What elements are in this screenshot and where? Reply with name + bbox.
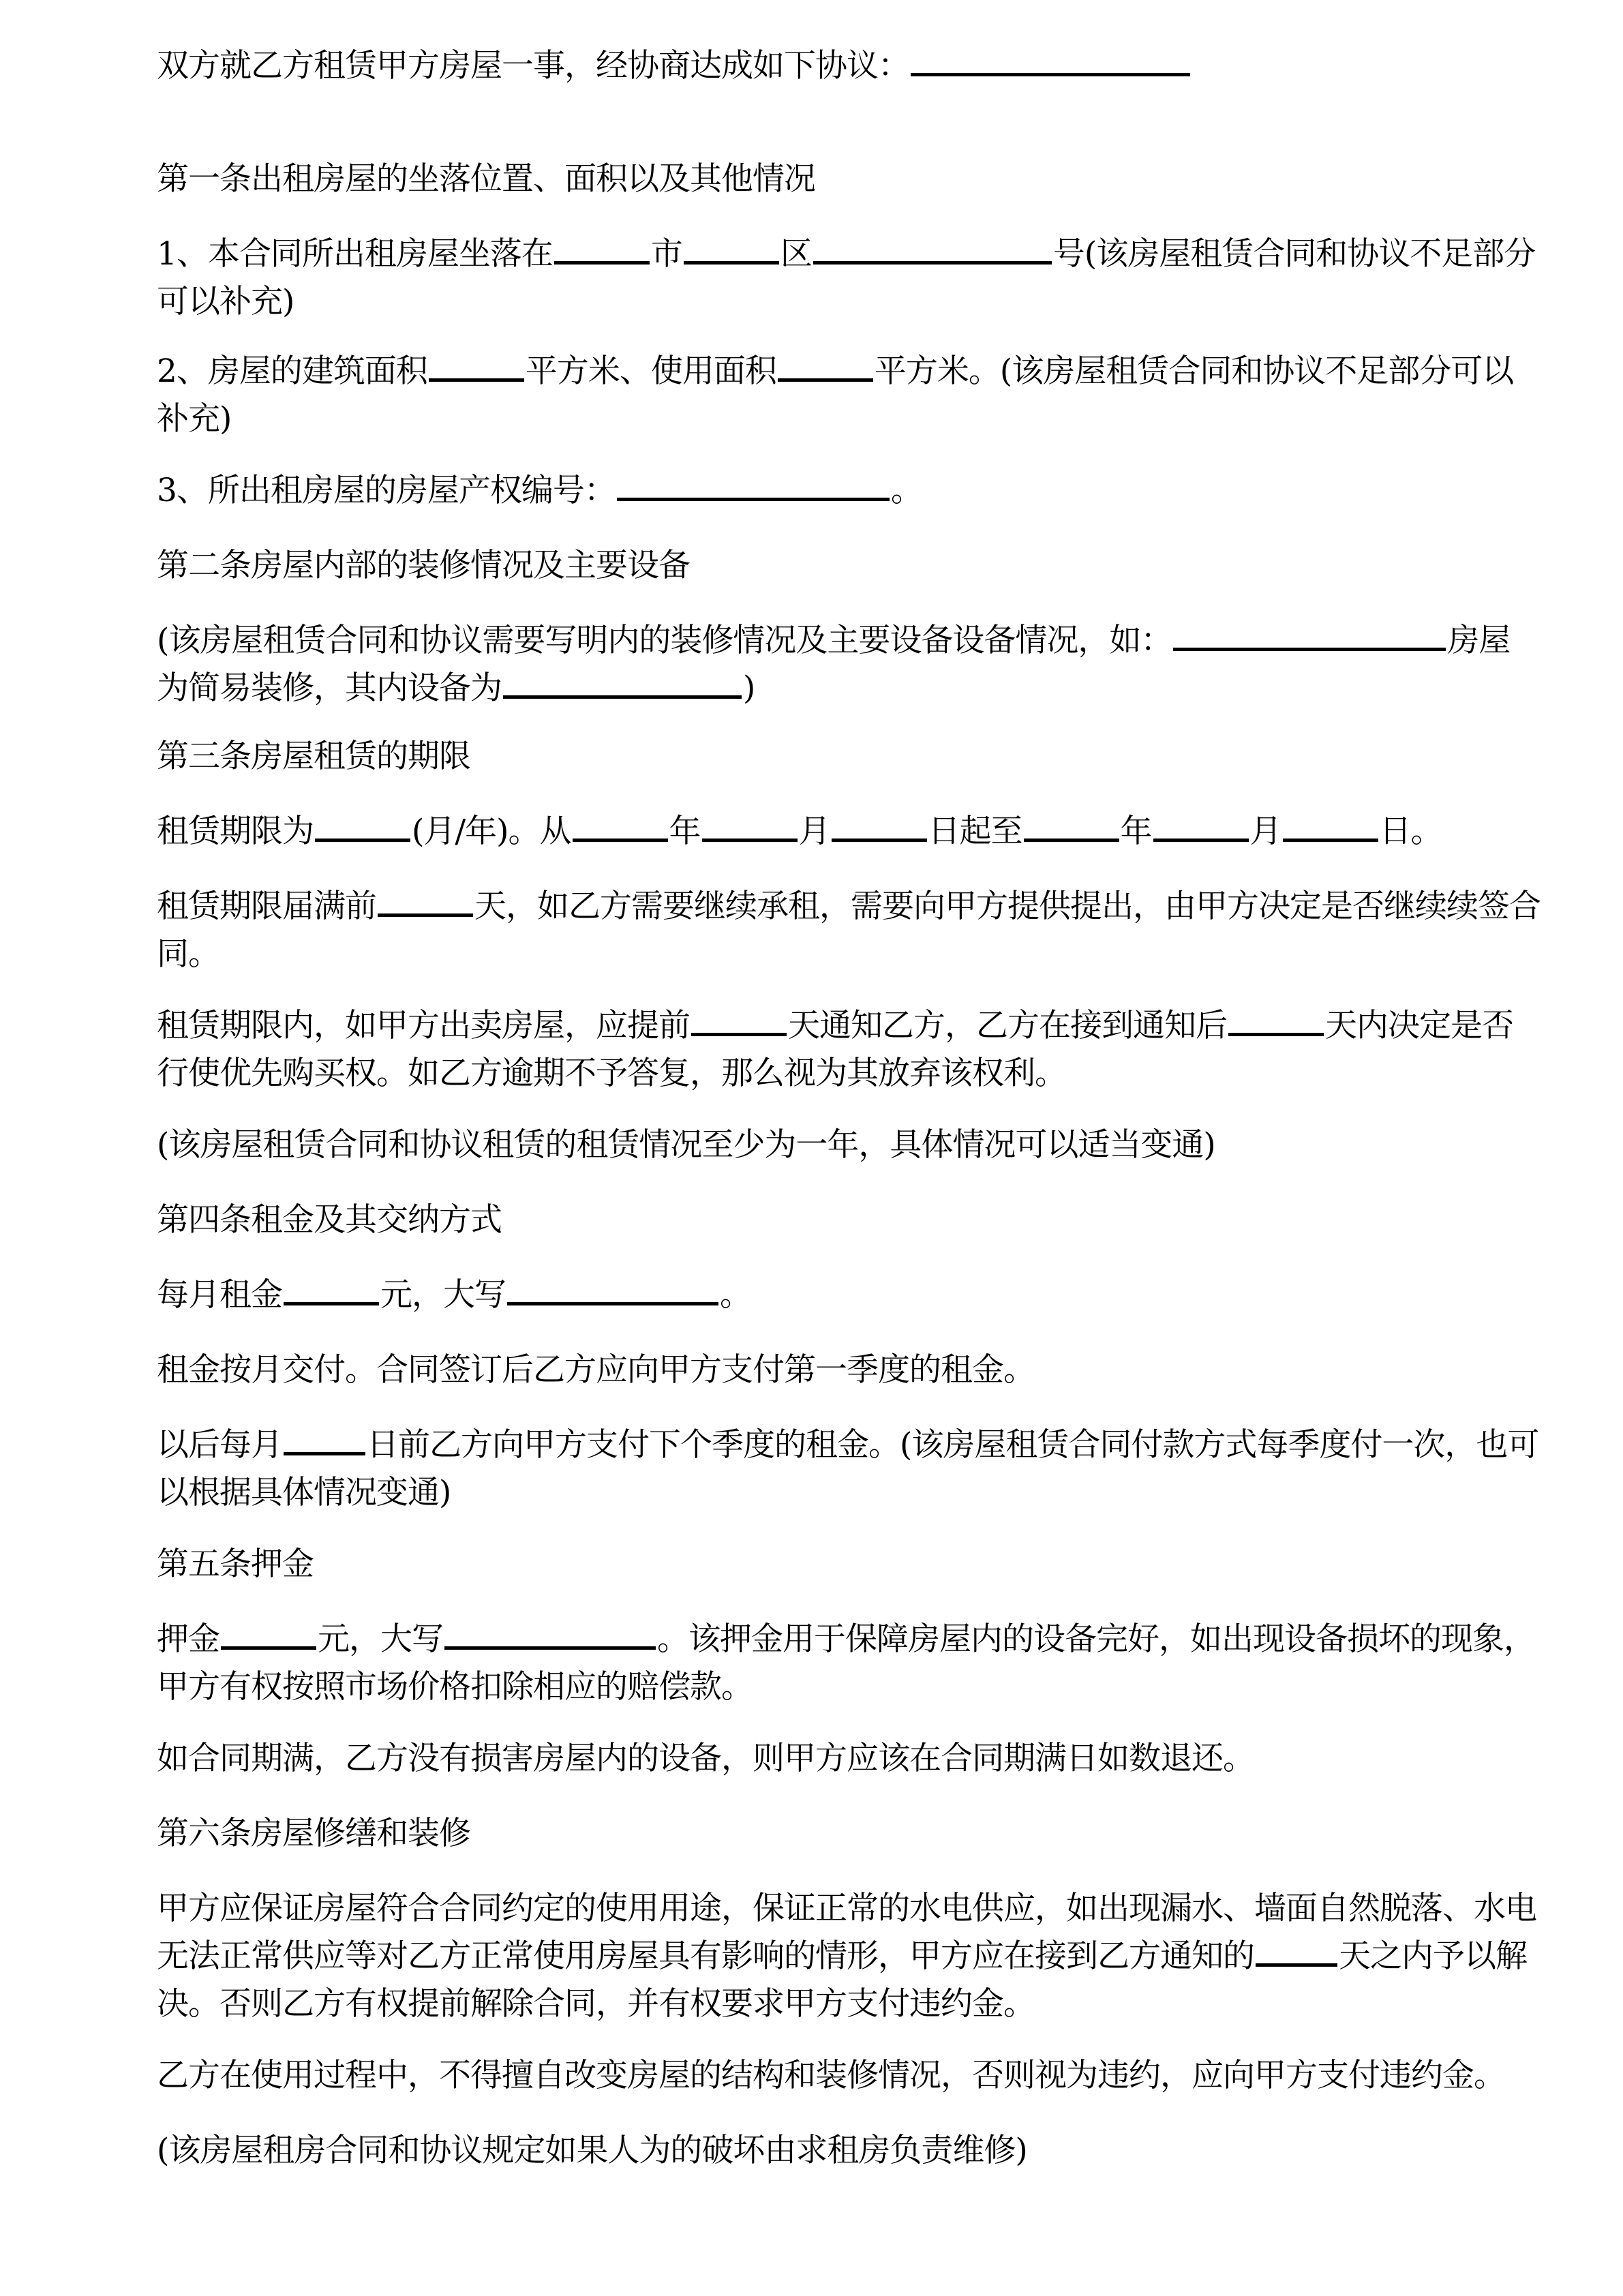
paragraph-text: 每月租金 — [157, 1276, 282, 1314]
fill-in-blank — [813, 231, 1052, 265]
contract-paragraph: 甲方应保证房屋符合合同约定的使用用途，保证正常的水电供应，如出现漏水、墙面自然脱… — [157, 1885, 1541, 2028]
fill-in-blank — [1256, 1933, 1337, 1967]
paragraph-text: 月 — [799, 813, 830, 850]
fill-in-blank — [1173, 618, 1446, 651]
fill-in-blank — [378, 883, 473, 917]
contract-paragraph: 3、所出租房屋的房屋产权编号：。 — [157, 467, 1541, 515]
paragraph-text: 平方米、使用面积 — [526, 352, 776, 390]
paragraph-text: 第三条房屋租赁的期限 — [157, 738, 470, 775]
paragraph-text: 年 — [669, 813, 701, 850]
fill-in-blank — [832, 809, 927, 842]
contract-paragraph: 如合同期满，乙方没有损害房屋内的设备，则甲方应该在合同期满日如数退还。 — [157, 1735, 1541, 1783]
fill-in-blank — [911, 43, 1190, 76]
paragraph-text: (该房屋租房合同和协议规定如果人为的破坏由求租房负责维修) — [157, 2132, 1027, 2169]
contract-paragraph: 以后每月日前乙方向甲方支付下个季度的租金。(该房屋租赁合同付款方式每季度付一次，… — [157, 1421, 1541, 1517]
paragraph-text: 1、本合同所出租房屋坐落在 — [157, 235, 553, 273]
contract-paragraph: 押金元，大写。该押金用于保障房屋内的设备完好，如出现设备损坏的现象，甲方有权按照… — [157, 1616, 1541, 1711]
paragraph-text: 2、房屋的建筑面积 — [157, 352, 427, 390]
paragraph-text: 月 — [1250, 813, 1281, 850]
fill-in-blank — [221, 1616, 316, 1650]
fill-in-blank — [315, 809, 410, 842]
fill-in-blank — [702, 809, 798, 842]
paragraph-text: 。 — [891, 472, 922, 509]
fill-in-blank — [617, 468, 890, 501]
contract-paragraph: 乙方在使用过程中，不得擅自改变房屋的结构和装修情况，否则视为违约，应向甲方支付违… — [157, 2052, 1541, 2100]
contract-paragraph: 租赁期限届满前天，如乙方需要继续承租，需要向甲方提供提出，由甲方决定是否继续续签… — [157, 883, 1541, 978]
paragraph-text: 年 — [1121, 813, 1152, 850]
fill-in-blank — [444, 1616, 656, 1650]
fill-in-blank — [554, 231, 650, 265]
contract-paragraph: 2、房屋的建筑面积平方米、使用面积平方米。(该房屋租赁合同和协议不足部分可以补充… — [157, 348, 1541, 443]
paragraph-text: 区 — [780, 235, 812, 273]
paragraph-text: 元，大写 — [318, 1620, 443, 1658]
contract-paragraph: 双方就乙方租赁甲方房屋一事，经协商达成如下协议： — [157, 42, 1541, 90]
contract-paragraph: 租赁期限为(月/年)。从年月日起至年月日。 — [157, 808, 1541, 856]
contract-paragraph: (该房屋租房合同和协议规定如果人为的破坏由求租房负责维修) — [157, 2127, 1541, 2175]
contract-paragraph: (该房屋租赁合同和协议租赁的租赁情况至少为一年，具体情况可以适当变通) — [157, 1121, 1541, 1169]
contract-paragraph: 租赁期限内，如甲方出卖房屋，应提前天通知乙方，乙方在接到通知后天内决定是否行使优… — [157, 1002, 1541, 1098]
paragraph-text: 租赁期限届满前 — [157, 888, 376, 925]
paragraph-text: 如合同期满，乙方没有损害房屋内的设备，则甲方应该在合同期满日如数退还。 — [157, 1740, 1254, 1777]
fill-in-blank — [1228, 1003, 1324, 1036]
fill-in-blank — [691, 1003, 787, 1036]
paragraph-text: 第五条押金 — [157, 1545, 314, 1583]
contract-paragraph: 第一条出租房屋的坐落位置、面积以及其他情况 — [157, 155, 1541, 203]
contract-paragraph: 每月租金元，大写。 — [157, 1271, 1541, 1319]
paragraph-text: 租赁期限为 — [157, 813, 314, 850]
paragraph-text: (月/年)。从 — [412, 813, 571, 850]
contract-paragraph: 第五条押金 — [157, 1541, 1541, 1588]
contract-paragraph: 第二条房屋内部的装修情况及主要设备 — [157, 542, 1541, 590]
fill-in-blank — [573, 809, 668, 842]
contract-paragraph: 1、本合同所出租房屋坐落在市区号(该房屋租赁合同和协议不足部分可以补充) — [157, 230, 1541, 326]
fill-in-blank — [684, 231, 779, 265]
paragraph-text: ) — [743, 669, 755, 707]
fill-in-blank — [1153, 809, 1249, 842]
paragraph-text: 。 — [720, 1276, 751, 1314]
fill-in-blank — [507, 1272, 718, 1305]
paragraph-text: 以后每月 — [157, 1426, 282, 1464]
contract-paragraph: (该房屋租赁合同和协议需要写明内的装修情况及主要设备设备情况，如：房屋为简易装修… — [157, 617, 1541, 712]
contract-paragraph: 租金按月交付。合同签订后乙方应向甲方支付第一季度的租金。 — [157, 1346, 1541, 1394]
paragraph-text: 日。 — [1380, 813, 1442, 850]
contract-paragraph: 第三条房屋租赁的期限 — [157, 733, 1541, 781]
paragraph-text: 第二条房屋内部的装修情况及主要设备 — [157, 547, 690, 584]
paragraph-text: (该房屋租赁合同和协议需要写明内的装修情况及主要设备设备情况，如： — [157, 622, 1172, 659]
paragraph-text: 押金 — [157, 1620, 219, 1658]
paragraph-text: 日起至 — [928, 813, 1022, 850]
paragraph-text: 双方就乙方租赁甲方房屋一事，经协商达成如下协议： — [157, 47, 909, 85]
paragraph-text: 租赁期限内，如甲方出卖房屋，应提前 — [157, 1007, 690, 1044]
contract-paragraph: 第六条房屋修缮和装修 — [157, 1810, 1541, 1858]
fill-in-blank — [1024, 809, 1119, 842]
paragraph-text: 3、所出租房屋的房屋产权编号： — [157, 472, 616, 509]
paragraph-text: 第六条房屋修缮和装修 — [157, 1815, 470, 1852]
paragraph-text: 元，大写 — [380, 1276, 506, 1314]
paragraph-text: 第一条出租房屋的坐落位置、面积以及其他情况 — [157, 160, 815, 198]
fill-in-blank — [1283, 809, 1378, 842]
paragraph-text: 天通知乙方，乙方在接到通知后 — [788, 1007, 1227, 1044]
paragraph-text: 市 — [651, 235, 682, 273]
paragraph-text: 第四条租金及其交纳方式 — [157, 1201, 502, 1239]
fill-in-blank — [503, 665, 742, 699]
fill-in-blank — [429, 348, 524, 382]
fill-in-blank — [284, 1272, 379, 1305]
paragraph-text: 乙方在使用过程中，不得擅自改变房屋的结构和装修情况，否则视为违约，应向甲方支付违… — [157, 2057, 1505, 2094]
fill-in-blank — [284, 1422, 365, 1455]
paragraph-text: (该房屋租赁合同和协议租赁的租赁情况至少为一年，具体情况可以适当变通) — [157, 1126, 1215, 1164]
paragraph-text: 租金按月交付。合同签订后乙方应向甲方支付第一季度的租金。 — [157, 1351, 1035, 1389]
fill-in-blank — [778, 348, 873, 382]
contract-paragraph: 第四条租金及其交纳方式 — [157, 1196, 1541, 1244]
